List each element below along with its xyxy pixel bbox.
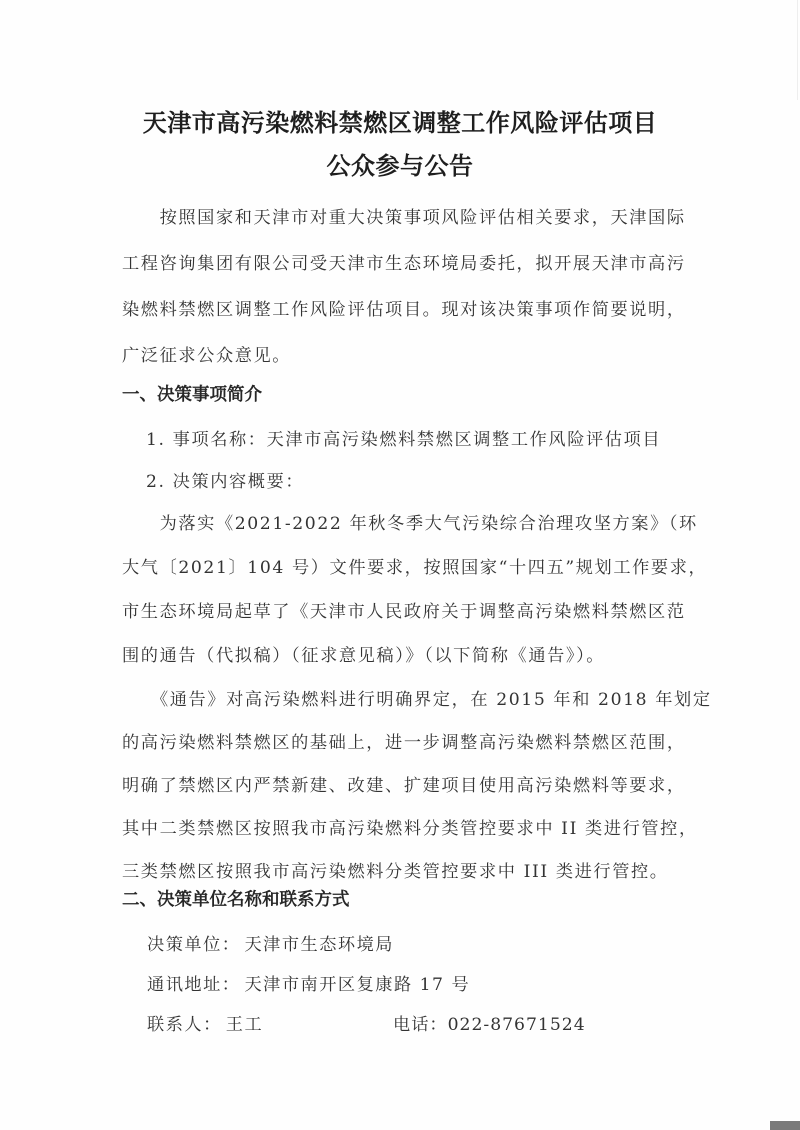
para2-line-4: 其中二类禁燃区按照我市高污染燃料分类管控要求中 II 类进行管控，	[122, 817, 682, 841]
phone-row: 电话：022-87671524	[393, 1013, 586, 1037]
intro-line-1: 按照国家和天津市对重大决策事项风险评估相关要求，天津国际	[122, 206, 682, 230]
scan-artifact-mark	[770, 1121, 800, 1130]
document-page: 天津市高污染燃料禁燃区调整工作风险评估项目 公众参与公告 按照国家和天津市对重大…	[0, 0, 800, 1130]
document-title-line1: 天津市高污染燃料禁燃区调整工作风险评估项目	[0, 103, 800, 138]
contact-person-label: 联系人：	[147, 1015, 222, 1035]
intro-line-2: 工程咨询集团有限公司受天津市生态环境局委托，拟开展天津市高污	[122, 252, 682, 276]
para1-line-4: 围的通告（代拟稿）（征求意见稿）》（以下简称《通告》）。	[122, 644, 682, 668]
scan-edge-artifact	[797, 0, 798, 100]
intro-line-3: 染燃料禁燃区调整工作风险评估项目。现对该决策事项作简要说明，	[122, 298, 682, 322]
address-label: 通讯地址：	[147, 975, 240, 995]
document-title-line2: 公众参与公告	[0, 146, 800, 181]
decision-unit-row: 决策单位：天津市生态环境局	[147, 933, 394, 957]
para1-line-1: 为落实《2021-2022 年秋冬季大气污染综合治理攻坚方案》（环	[122, 512, 682, 536]
address-row: 通讯地址：天津市南开区复康路 17 号	[147, 973, 470, 997]
section1-heading: 一、决策事项简介	[122, 383, 262, 407]
contact-person-row: 联系人：王工	[147, 1013, 263, 1037]
para2-line-2: 的高污染燃料禁燃区的基础上，进一步调整高污染燃料禁燃区范围，	[122, 731, 682, 755]
section2-heading: 二、决策单位名称和联系方式	[122, 888, 350, 912]
decision-unit-label: 决策单位：	[147, 935, 240, 955]
para2-line-5: 三类禁燃区按照我市高污染燃料分类管控要求中 III 类进行管控。	[122, 860, 682, 884]
phone-label: 电话：	[393, 1015, 448, 1035]
phone-value: 022-87671524	[448, 1015, 586, 1035]
contact-person-value: 王工	[226, 1015, 263, 1035]
section1-item2: 2. 决策内容概要：	[146, 470, 706, 494]
decision-unit-value: 天津市生态环境局	[244, 935, 394, 955]
para1-line-2: 大气〔2021〕104 号）文件要求，按照国家“十四五”规划工作要求，	[122, 556, 682, 580]
address-value: 天津市南开区复康路 17 号	[244, 975, 470, 995]
para2-line-1: 《通告》对高污染燃料进行明确界定，在 2015 年和 2018 年划定	[122, 688, 682, 712]
para1-line-3: 市生态环境局起草了《天津市人民政府关于调整高污染燃料禁燃区范	[122, 600, 682, 624]
intro-line-4: 广泛征求公众意见。	[122, 344, 682, 368]
section1-item1: 1. 事项名称：天津市高污染燃料禁燃区调整工作风险评估项目	[146, 428, 706, 452]
para2-line-3: 明确了禁燃区内严禁新建、改建、扩建项目使用高污染燃料等要求，	[122, 774, 682, 798]
